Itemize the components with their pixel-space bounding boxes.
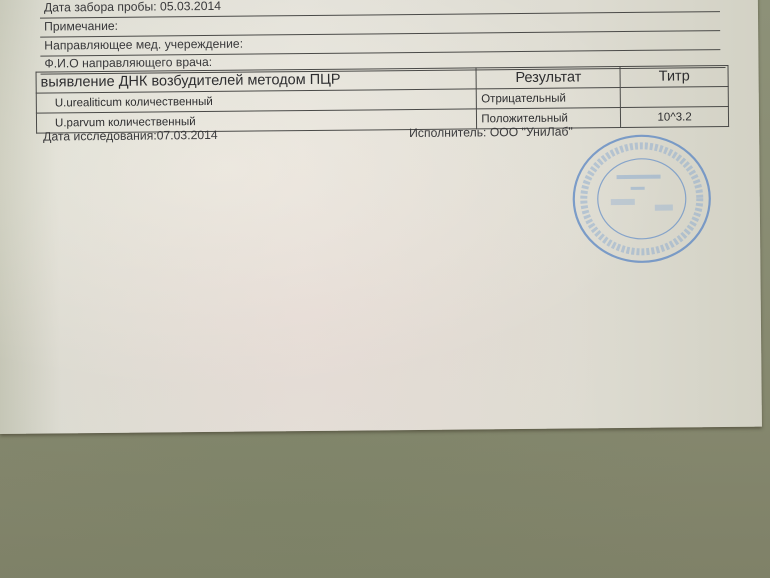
research-date: Дата исследования:07.03.2014	[43, 128, 218, 144]
column-header-titer: Титр	[620, 65, 728, 87]
test-result: Отрицательный	[477, 88, 621, 109]
test-titer	[620, 86, 728, 107]
test-titer: 10^3.2	[621, 106, 729, 127]
round-seal-stamp-icon	[570, 132, 713, 265]
column-header-result: Результат	[476, 67, 620, 89]
executor: Исполнитель: ООО "УниЛаб"	[409, 124, 573, 140]
photo-scene: Дата забора пробы: 05.03.2014 Примечание…	[0, 0, 770, 578]
lab-result-sheet: Дата забора пробы: 05.03.2014 Примечание…	[0, 0, 762, 434]
pcr-results-table: выявление ДНК возбудителей методом ПЦР Р…	[36, 65, 730, 134]
